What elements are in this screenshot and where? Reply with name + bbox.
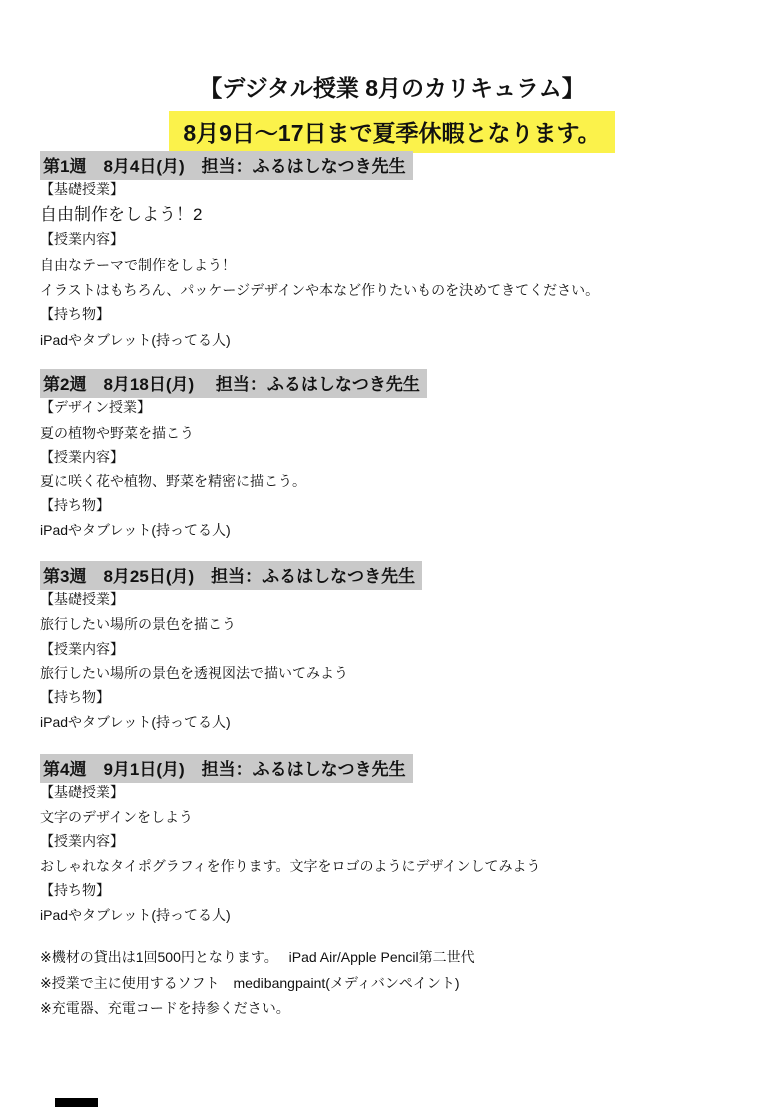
week4-items-label: 【持ち物】: [40, 880, 110, 900]
week2-items-label: 【持ち物】: [40, 495, 110, 515]
note-equipment-rental: ※機材の貸出は1回500円となります。 iPad Air/Apple Penci…: [40, 947, 475, 967]
week1-items-label: 【持ち物】: [40, 304, 110, 324]
week3-header-row: 第3週 8月25日(月) 担当：ふるはしなつき先生: [40, 561, 422, 590]
week4-items: iPadやタブレット(持ってる人): [40, 905, 231, 925]
week1-class-title: 自由制作をしよう！2: [40, 200, 202, 225]
week4-content-line-1: おしゃれなタイポグラフィを作ります。文字をロゴのようにデザインしてみよう: [40, 856, 541, 876]
week2-content-line-1: 夏に咲く花や植物、野菜を精密に描こう。: [40, 471, 306, 491]
week2-category: 【デザイン授業】: [40, 397, 151, 417]
week2-content-label: 【授業内容】: [40, 447, 124, 467]
week3-items-label: 【持ち物】: [40, 687, 110, 707]
page-title: 【デジタル授業 8月のカリキュラム】: [0, 70, 784, 103]
week3-class-title: 旅行したい場所の景色を描こう: [40, 614, 236, 634]
week3-content-line-1: 旅行したい場所の景色を透視図法で描いてみよう: [40, 663, 348, 683]
week4-header-row: 第4週 9月1日(月) 担当：ふるはしなつき先生: [40, 754, 413, 783]
week4-header: 第4週 9月1日(月) 担当：ふるはしなつき先生: [40, 754, 413, 783]
week2-items: iPadやタブレット(持ってる人): [40, 520, 231, 540]
week1-header: 第1週 8月4日(月) 担当：ふるはしなつき先生: [40, 151, 413, 180]
week3-items: iPadやタブレット(持ってる人): [40, 712, 231, 732]
week1-content-line-2: イラストはもちろん、パッケージデザインや本など作りたいものを決めてきてください。: [40, 280, 599, 300]
week2-header: 第2週 8月18日(月) 担当：ふるはしなつき先生: [40, 369, 427, 398]
week1-items: iPadやタブレット(持ってる人): [40, 330, 231, 350]
week4-class-title: 文字のデザインをしよう: [40, 807, 193, 827]
curriculum-document: 【デジタル授業 8月のカリキュラム】 8月9日〜17日まで夏季休暇となります。 …: [0, 0, 784, 1108]
week3-header: 第3週 8月25日(月) 担当：ふるはしなつき先生: [40, 561, 422, 590]
week2-class-title: 夏の植物や野菜を描こう: [40, 423, 194, 443]
note-charger: ※充電器、充電コードを持参ください。: [40, 998, 290, 1018]
week1-content-label: 【授業内容】: [40, 229, 124, 249]
vacation-notice: 8月9日〜17日まで夏季休暇となります。: [169, 111, 614, 153]
note-software: ※授業で主に使用するソフト medibangpaint(メディバンペイント): [40, 973, 460, 993]
week1-header-row: 第1週 8月4日(月) 担当：ふるはしなつき先生: [40, 151, 413, 180]
week2-header-row: 第2週 8月18日(月) 担当：ふるはしなつき先生: [40, 369, 427, 398]
page-corner-mark: [55, 1098, 98, 1107]
week1-category: 【基礎授業】: [40, 179, 124, 199]
vacation-notice-row: 8月9日〜17日まで夏季休暇となります。: [0, 111, 784, 153]
week3-category: 【基礎授業】: [40, 589, 124, 609]
week1-content-line-1: 自由なテーマで制作をしよう！: [40, 255, 236, 275]
week4-content-label: 【授業内容】: [40, 831, 124, 851]
week4-category: 【基礎授業】: [40, 782, 124, 802]
week3-content-label: 【授業内容】: [40, 639, 124, 659]
